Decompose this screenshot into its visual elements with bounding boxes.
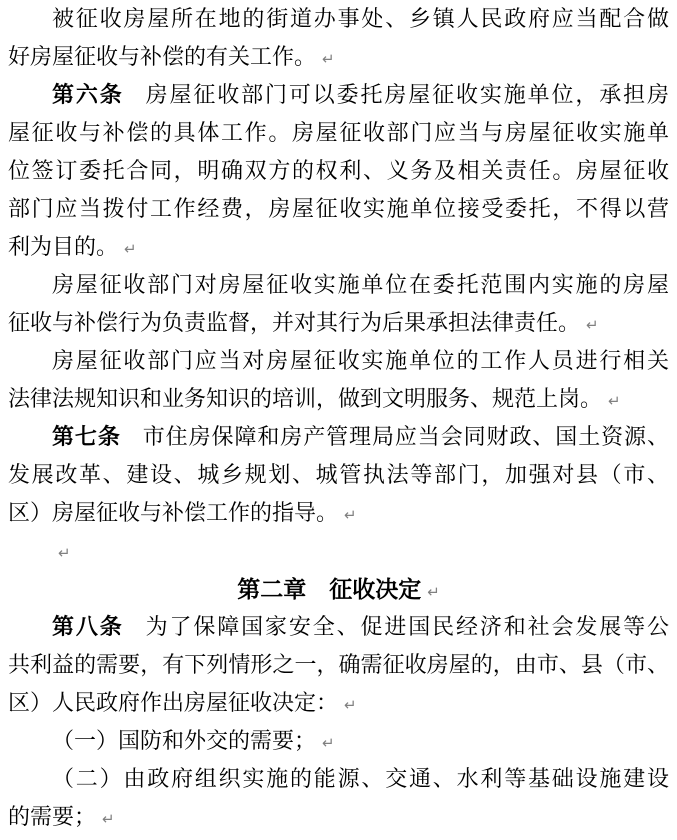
empty-paragraph-line: ↵ <box>8 532 669 570</box>
text-line: 征收与补偿行为负责监督，并对其行为后果承担法律责任。↵ <box>8 304 669 342</box>
line-text: 房屋征收部门可以委托房屋征收实施单位，承担房 <box>146 82 669 107</box>
line-text: 位签订委托合同，明确双方的权利、义务及相关责任。房屋征收 <box>8 158 669 183</box>
text-line: 第八条为了保障国家安全、促进国民经济和社会发展等公 <box>8 608 669 646</box>
paragraph-mark-icon: ↵ <box>58 544 71 562</box>
line-text: 市住房保障和房产管理局应当会同财政、国土资源、 <box>143 424 669 449</box>
line-text: 区）人民政府作出房屋征收决定： <box>8 690 338 715</box>
text-line: 的需要；↵ <box>8 798 669 836</box>
text-line: 好房屋征收与补偿的有关工作。↵ <box>8 38 669 76</box>
paragraph-mark-icon: ↵ <box>102 810 115 828</box>
line-text: 区）房屋征收与补偿工作的指导。 <box>8 500 338 525</box>
text-line: 利为目的。↵ <box>8 228 669 266</box>
paragraph-mark-icon: ↵ <box>427 583 440 601</box>
article-number: 第六条 <box>52 82 124 107</box>
line-text: 法律法规知识和业务知识的培训，做到文明服务、规范上岗。 <box>8 386 602 411</box>
text-line: 区）房屋征收与补偿工作的指导。↵ <box>8 494 669 532</box>
line-text: 房屋征收部门对房屋征收实施单位在委托范围内实施的房屋 <box>52 272 669 297</box>
article-number: 第八条 <box>52 614 124 639</box>
text-line: 第六条房屋征收部门可以委托房屋征收实施单位，承担房 <box>8 76 669 114</box>
line-text: 利为目的。 <box>8 234 118 259</box>
text-line: 区）人民政府作出房屋征收决定：↵ <box>8 684 669 722</box>
text-line: （一）国防和外交的需要；↵ <box>8 722 669 760</box>
line-text: 房屋征收部门应当对房屋征收实施单位的工作人员进行相关 <box>52 348 669 373</box>
article-number: 第七条 <box>52 424 121 449</box>
line-text: （二）由政府组织实施的能源、交通、水利等基础设施建设 <box>52 766 669 791</box>
text-line: （二）由政府组织实施的能源、交通、水利等基础设施建设 <box>8 760 669 798</box>
text-line: 位签订委托合同，明确双方的权利、义务及相关责任。房屋征收 <box>8 152 669 190</box>
text-line: 共利益的需要，有下列情形之一，确需征收房屋的，由市、县（市、 <box>8 646 669 684</box>
paragraph-mark-icon: ↵ <box>344 506 357 524</box>
text-line: 被征收房屋所在地的街道办事处、乡镇人民政府应当配合做 <box>8 0 669 38</box>
line-text: 被征收房屋所在地的街道办事处、乡镇人民政府应当配合做 <box>52 6 669 31</box>
text-line: 第七条市住房保障和房产管理局应当会同财政、国土资源、 <box>8 418 669 456</box>
text-line: 房屋征收部门对房屋征收实施单位在委托范围内实施的房屋 <box>8 266 669 304</box>
line-text: 为了保障国家安全、促进国民经济和社会发展等公 <box>146 614 669 639</box>
paragraph-mark-icon: ↵ <box>344 696 357 714</box>
paragraph-mark-icon: ↵ <box>322 734 335 752</box>
line-text: 征收与补偿行为负责监督，并对其行为后果承担法律责任。 <box>8 310 580 335</box>
line-text: 的需要； <box>8 804 96 829</box>
line-text: 共利益的需要，有下列情形之一，确需征收房屋的，由市、县（市、 <box>8 652 669 677</box>
text-line: 房屋征收部门应当对房屋征收实施单位的工作人员进行相关 <box>8 342 669 380</box>
text-line: 屋征收与补偿的具体工作。房屋征收部门应当与房屋征收实施单 <box>8 114 669 152</box>
paragraph-mark-icon: ↵ <box>586 316 599 334</box>
chapter-heading-text: 第二章 征收决定 <box>237 576 421 602</box>
paragraph-mark-icon: ↵ <box>322 50 335 68</box>
paragraph-mark-icon: ↵ <box>124 240 137 258</box>
line-text: 屋征收与补偿的具体工作。房屋征收部门应当与房屋征收实施单 <box>8 120 669 145</box>
document-page: 被征收房屋所在地的街道办事处、乡镇人民政府应当配合做 好房屋征收与补偿的有关工作… <box>0 0 677 840</box>
paragraph-mark-icon: ↵ <box>608 392 621 410</box>
line-text: 部门应当拨付工作经费，房屋征收实施单位接受委托，不得以营 <box>8 196 669 221</box>
text-line: 发展改革、建设、城乡规划、城管执法等部门，加强对县（市、 <box>8 456 669 494</box>
line-text: 好房屋征收与补偿的有关工作。 <box>8 44 316 69</box>
line-text: 发展改革、建设、城乡规划、城管执法等部门，加强对县（市、 <box>8 462 669 487</box>
text-line: 法律法规知识和业务知识的培训，做到文明服务、规范上岗。↵ <box>8 380 669 418</box>
line-text: （一）国防和外交的需要； <box>52 728 316 753</box>
chapter-heading: 第二章 征收决定↵ <box>8 570 669 608</box>
text-line: 部门应当拨付工作经费，房屋征收实施单位接受委托，不得以营 <box>8 190 669 228</box>
